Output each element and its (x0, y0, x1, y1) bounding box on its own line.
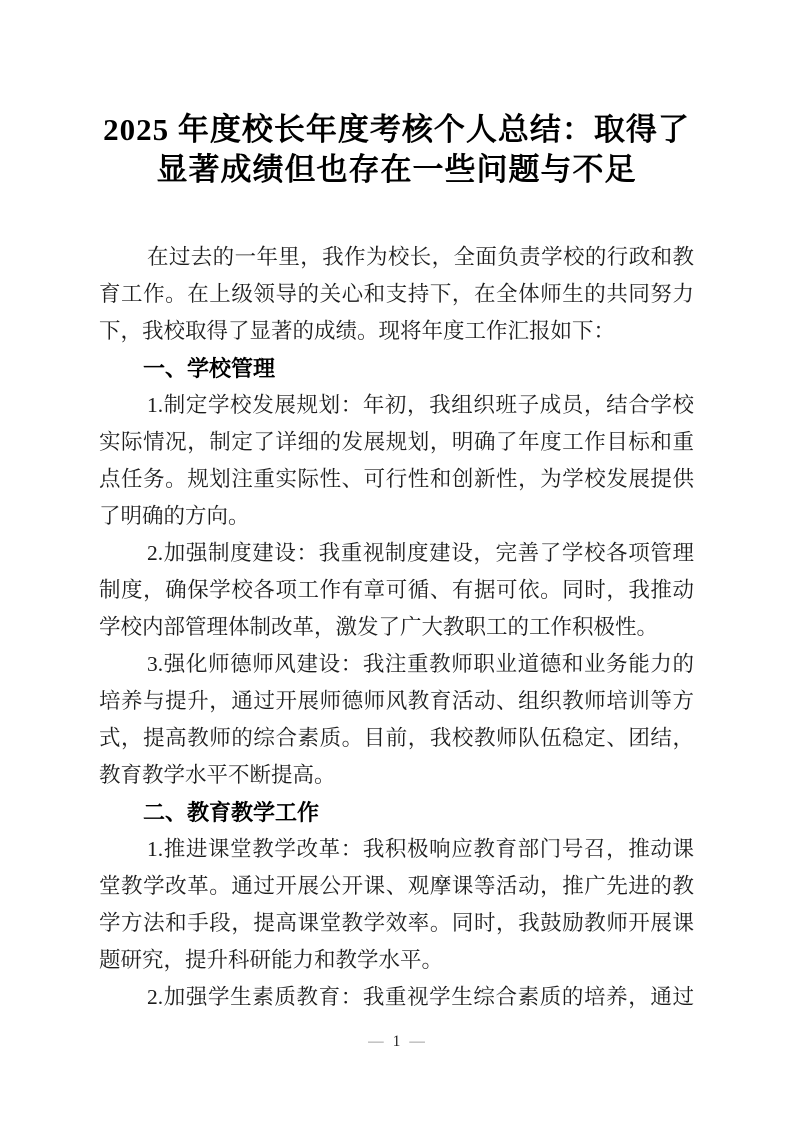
section-heading: 一、学校管理 (99, 350, 694, 387)
body-line: 点任务。规划注重实际性、可行性和创新性，为学校发展提供 (99, 461, 694, 498)
body-line: 题研究，提升科研能力和教学水平。 (99, 942, 694, 979)
body-line: 堂教学改革。通过开展公开课、观摩课等活动，推广先进的教 (99, 868, 694, 905)
body-line: 制度，确保学校各项工作有章可循、有据可依。同时，我推动 (99, 572, 694, 609)
body-line: 学方法和手段，提高课堂教学效率。同时，我鼓励教师开展课 (99, 905, 694, 942)
footer-dash-left: — (359, 1033, 393, 1050)
body-line: 了明确的方向。 (99, 498, 694, 535)
body-line: 育工作。在上级领导的关心和支持下，在全体师生的共同努力 (99, 276, 694, 313)
document-page: 2025 年度校长年度考核个人总结：取得了 显著成绩但也存在一些问题与不足 在过… (0, 0, 793, 1122)
document-body: 在过去的一年里，我作为校长，全面负责学校的行政和教育工作。在上级领导的关心和支持… (99, 239, 694, 1016)
footer-dash-right: — (400, 1033, 434, 1050)
document-title: 2025 年度校长年度考核个人总结：取得了 显著成绩但也存在一些问题与不足 (99, 110, 694, 190)
body-line: 1.推进课堂教学改革：我积极响应教育部门号召，推动课 (99, 831, 694, 868)
body-line: 2.加强学生素质教育：我重视学生综合素质的培养，通过 (99, 979, 694, 1016)
body-line: 培养与提升，通过开展师德师风教育活动、组织教师培训等方 (99, 683, 694, 720)
body-line: 式，提高教师的综合素质。目前，我校教师队伍稳定、团结， (99, 720, 694, 757)
body-line: 学校内部管理体制改革，激发了广大教职工的工作积极性。 (99, 609, 694, 646)
body-line: 下，我校取得了显著的成绩。现将年度工作汇报如下： (99, 313, 694, 350)
body-line: 在过去的一年里，我作为校长，全面负责学校的行政和教 (99, 239, 694, 276)
body-line: 3.强化师德师风建设：我注重教师职业道德和业务能力的 (99, 646, 694, 683)
body-line: 1.制定学校发展规划：年初，我组织班子成员，结合学校 (99, 387, 694, 424)
body-line: 2.加强制度建设：我重视制度建设，完善了学校各项管理 (99, 535, 694, 572)
title-line-2: 显著成绩但也存在一些问题与不足 (99, 150, 694, 190)
body-line: 实际情况，制定了详细的发展规划，明确了年度工作目标和重 (99, 424, 694, 461)
section-heading: 二、教育教学工作 (99, 794, 694, 831)
page-footer: —1— (0, 1031, 793, 1053)
title-line-1: 2025 年度校长年度考核个人总结：取得了 (99, 110, 694, 150)
body-line: 教育教学水平不断提高。 (99, 757, 694, 794)
